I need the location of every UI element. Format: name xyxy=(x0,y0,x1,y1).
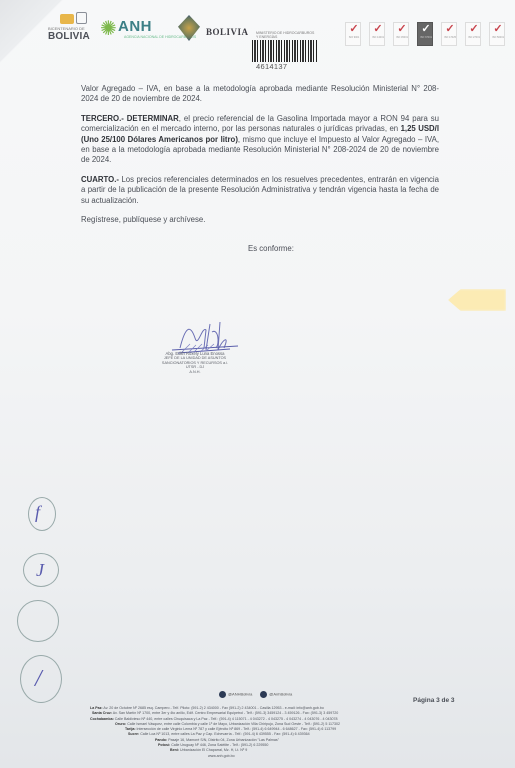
anh-title: ANH xyxy=(118,18,152,35)
social-links: @ANHBolivia @AnhBolivia xyxy=(219,691,292,698)
cert-badge: ✓ISO 45001 xyxy=(393,22,409,46)
official-stamp: / xyxy=(20,655,62,703)
page-number: Página 3 de 3 xyxy=(413,697,455,704)
document-page: BICENTENARIO DE BOLIVIA ✺ ANH AGENCIA NA… xyxy=(0,0,515,768)
rubric-icon: J xyxy=(36,560,44,581)
barcode-number: 4614137 xyxy=(256,62,287,71)
check-seal-icon: ✓ xyxy=(468,24,480,35)
bicentenario-line2: BOLIVIA xyxy=(48,31,90,42)
intro-paragraph: Valor Agregado – IVA, en base a la metod… xyxy=(81,84,439,105)
closing-line: Regístrese, publíquese y archívese. xyxy=(81,215,439,225)
check-seal-icon: ✓ xyxy=(420,24,432,35)
website-link[interactable]: www.anh.gob.bo xyxy=(90,754,490,759)
cert-badge: ✓ISO 37001 xyxy=(417,22,433,46)
cuarto-paragraph: CUARTO.- Los precios referenciales deter… xyxy=(81,175,439,206)
check-seal-icon: ✓ xyxy=(492,24,504,35)
bicentenario-logo: BICENTENARIO DE BOLIVIA xyxy=(48,12,92,48)
cert-badge: ✓ISO 50001 xyxy=(489,22,505,46)
cert-badge: ✓ISO 9001 xyxy=(345,22,361,46)
bolivia-wordmark: BOLIVIA xyxy=(206,27,249,37)
anh-logo: ✺ ANH AGENCIA NACIONAL DE HIDROCARBUROS xyxy=(100,15,165,50)
rubric-icon: f xyxy=(35,502,40,523)
signatory-block: Abg. Edith Roxely Luna Enossa JEFE DE LA… xyxy=(140,352,250,374)
check-seal-icon: ✓ xyxy=(396,24,408,35)
bicentenario-frame-icon xyxy=(76,12,87,24)
twitter-icon xyxy=(260,691,267,698)
social-facebook[interactable]: @ANHBolivia xyxy=(219,691,252,698)
tercero-paragraph: TERCERO.- DETERMINAR, el precio referenc… xyxy=(81,114,439,166)
official-stamp xyxy=(17,600,59,642)
social-twitter[interactable]: @AnhBolivia xyxy=(260,691,292,698)
cert-badge: ✓ISO 14001 xyxy=(369,22,385,46)
check-seal-icon: ✓ xyxy=(372,24,384,35)
rubric-icon: / xyxy=(35,666,42,693)
sticky-tab xyxy=(448,289,506,311)
cert-badge: ✓ISO 27001 xyxy=(465,22,481,46)
ministerio-label: MINISTERIO DE HIDROCARBUROS Y ENERGÍAS xyxy=(256,31,316,39)
es-conforme: Es conforme: xyxy=(248,244,294,253)
certification-badges: ✓ISO 9001 ✓ISO 14001 ✓ISO 45001 ✓ISO 370… xyxy=(345,22,505,46)
rubric-seal: J xyxy=(23,553,59,587)
office-addresses: La Paz: Av. 20 de Octubre Nº 2685 esq. C… xyxy=(90,706,490,759)
facebook-icon xyxy=(219,691,226,698)
resolution-body: Valor Agregado – IVA, en base a la metod… xyxy=(81,84,439,234)
cert-badge: ✓ISO 17025 xyxy=(441,22,457,46)
check-seal-icon: ✓ xyxy=(444,24,456,35)
check-seal-icon: ✓ xyxy=(348,24,360,35)
rubric-seal: f xyxy=(28,497,56,531)
barcode xyxy=(252,40,318,62)
bicentenario-mark-icon xyxy=(60,14,74,24)
letterhead: BICENTENARIO DE BOLIVIA ✺ ANH AGENCIA NA… xyxy=(0,0,515,80)
